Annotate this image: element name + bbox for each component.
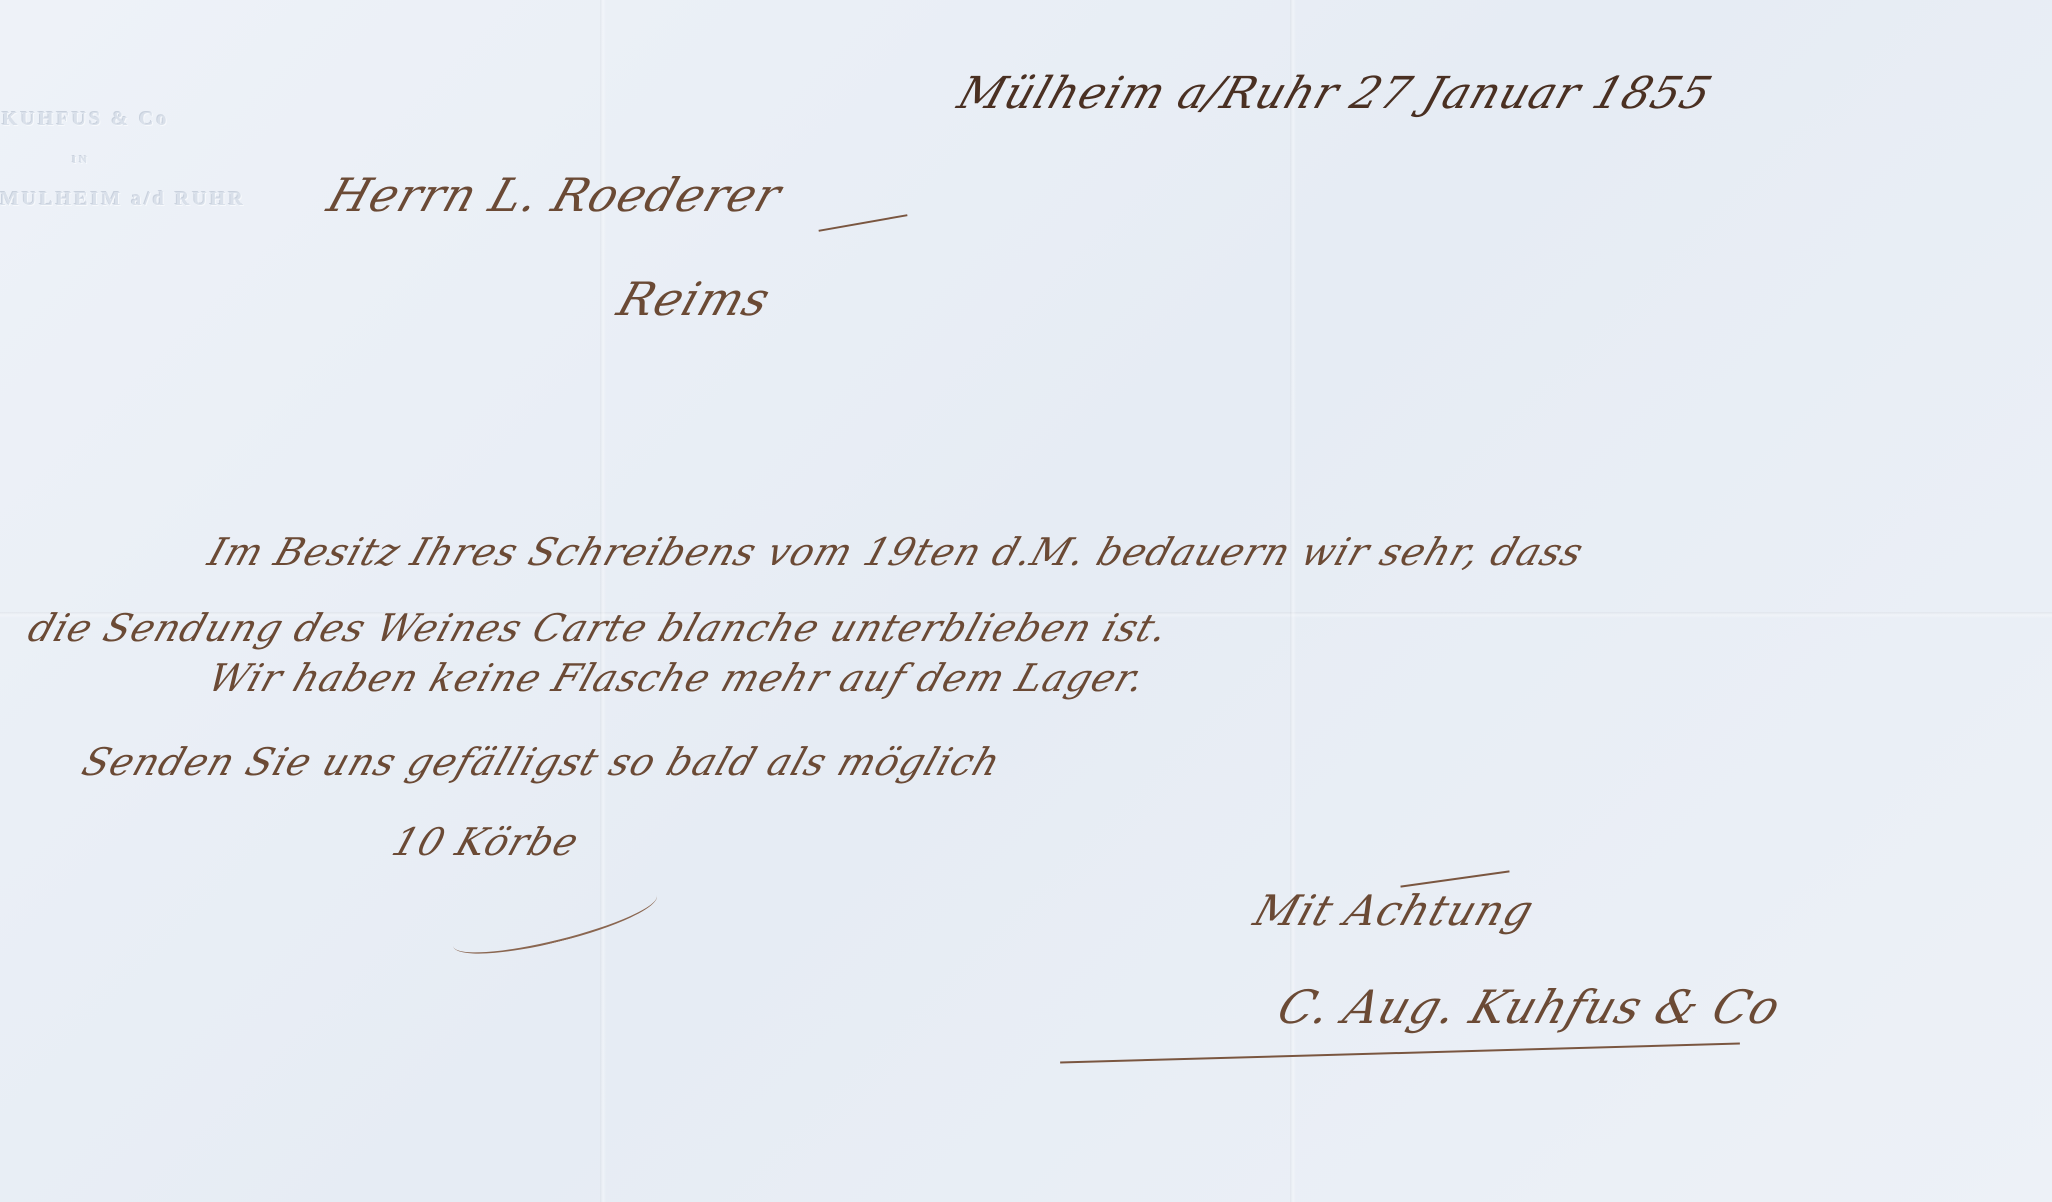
signature-underline [1060, 1043, 1740, 1064]
addressee-name: Herrn L. Roederer [321, 168, 788, 222]
salutation-flourish [819, 214, 908, 232]
letterhead-preposition: IN [72, 154, 90, 166]
body-line: 10 Körbe [387, 820, 585, 864]
addressee-city: Reims [611, 272, 777, 326]
letter-page: KUHFUS & Co IN MULHEIM a/d RUHR Mülheim … [0, 0, 2052, 1202]
letterhead-location: MULHEIM a/d RUHR [0, 188, 246, 211]
body-line: Wir haben keine Flasche mehr auf dem Lag… [203, 656, 1151, 700]
closing: Mit Achtung [1248, 886, 1540, 935]
body-flourish [448, 875, 662, 967]
body-line: Senden Sie uns gefälligst so bald als mö… [77, 740, 1007, 784]
body-line: Im Besitz Ihres Schreibens vom 19ten d.M… [203, 530, 1590, 574]
body-line: die Sendung des Weines Carte blanche unt… [23, 606, 1175, 650]
signature: C. Aug. Kuhfus & Co [1271, 980, 1788, 1034]
letterhead-company: KUHFUS & Co [2, 108, 169, 131]
dateline: Mülheim a/Ruhr 27 Januar 1855 [952, 68, 1719, 119]
